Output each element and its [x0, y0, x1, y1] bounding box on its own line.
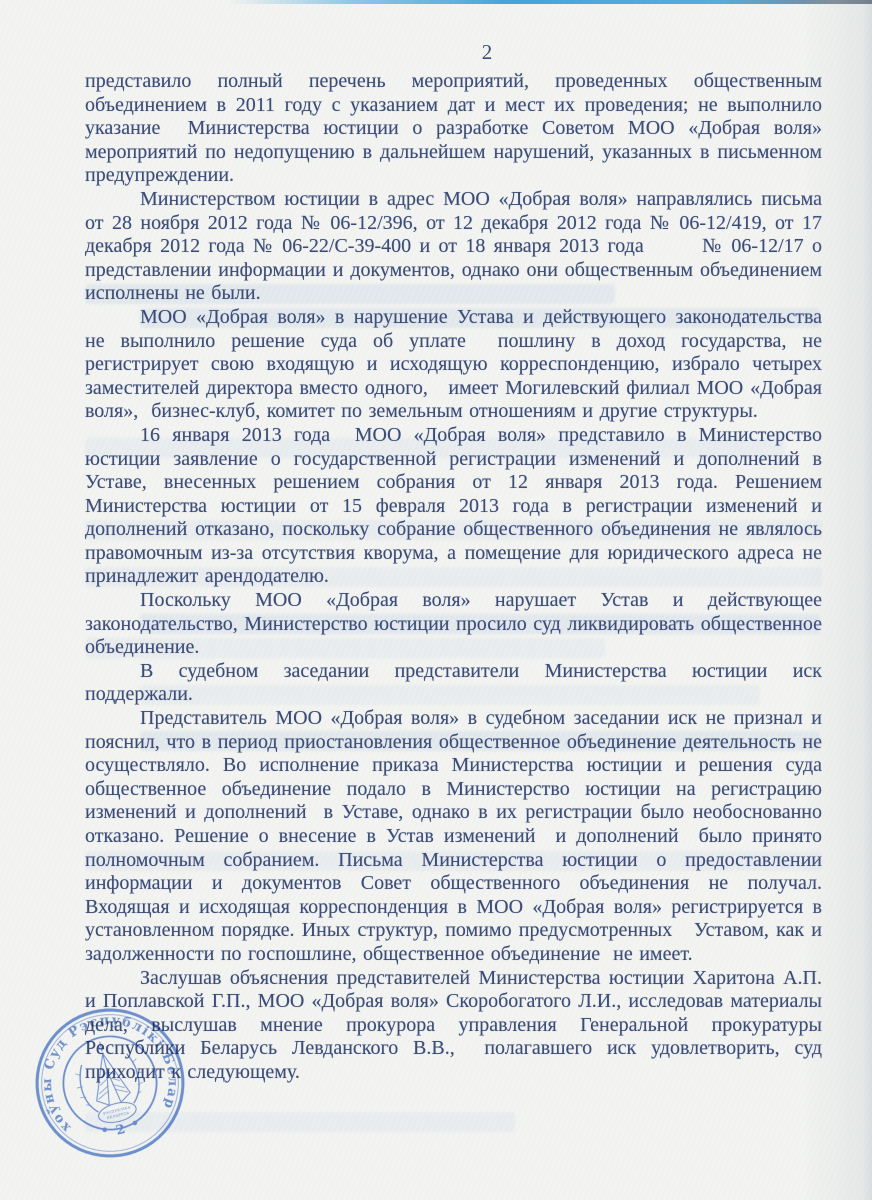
paragraph: Поскольку МОО «Добрая воля» нарушает Уст…: [85, 589, 822, 660]
page-number: 2: [119, 40, 856, 65]
paragraph: Министерством юстиции в адрес МОО «Добра…: [85, 188, 822, 306]
paragraph: Представитель МОО «Добрая воля» в судебн…: [85, 707, 822, 967]
scanner-edge-artifact: [0, 0, 872, 4]
seal-ring-text: Вярхоўны Суд Рэспублікі Беларусь: [17, 990, 189, 1146]
paragraph: представило полный перечень мероприятий,…: [85, 70, 822, 188]
paragraph: Заслушав объяснения представителей Минис…: [85, 967, 822, 1085]
seal-number: • 2 •: [96, 1113, 146, 1143]
paragraph: 16 января 2013 года МОО «Добрая воля» пр…: [85, 424, 822, 589]
paragraph: МОО «Добрая воля» в нарушение Устава и д…: [85, 306, 822, 424]
scanned-document-page: 2 представило полный перечень мероприяти…: [0, 0, 872, 1200]
document-body: представило полный перечень мероприятий,…: [85, 70, 822, 1085]
paragraph: В судебном заседании представители Минис…: [85, 660, 822, 707]
